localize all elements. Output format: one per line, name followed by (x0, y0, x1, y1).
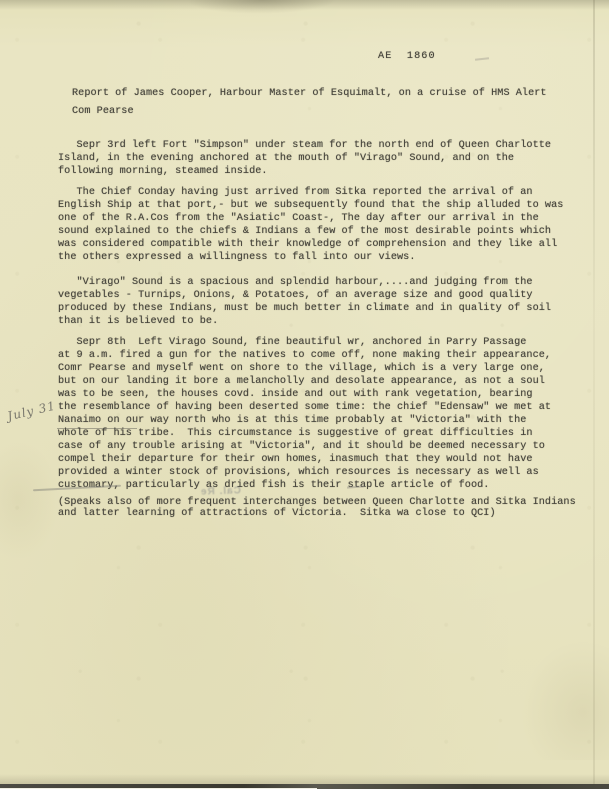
scanned-document-page: AE 1860 Report of James Cooper, Harbour … (0, 0, 609, 789)
handwritten-margin-note: July 31 (6, 399, 57, 424)
paper-stain (0, 440, 60, 560)
paper-stain (520, 640, 609, 760)
document-title: Report of James Cooper, Harbour Master o… (72, 87, 547, 100)
paragraph-chief-conday: The Chief Conday having just arrived fro… (58, 186, 563, 264)
scan-top-shadow (0, 0, 609, 10)
paper-wrinkle (182, 0, 337, 14)
archivist-footnote: (Speaks also of more frequent interchang… (58, 498, 576, 519)
pencil-overline (57, 428, 137, 429)
paragraph-virago-sound: "Virago" Sound is a spacious and splendi… (58, 276, 551, 328)
pencil-dash (475, 57, 489, 60)
paragraph-sepr-8th: Sepr 8th Left Virago Sound, fine beautif… (58, 336, 551, 492)
paragraph-sepr-3rd: Sepr 3rd left Fort "Simpson" under steam… (58, 139, 551, 178)
document-subtitle: Com Pearse (72, 105, 134, 118)
paper-crease (593, 0, 595, 789)
scan-bottom-shadow (0, 774, 609, 784)
mirrored-ink-transfer-stamp: Cal. Re (200, 485, 241, 497)
catalog-number: AE 1860 (378, 50, 436, 63)
